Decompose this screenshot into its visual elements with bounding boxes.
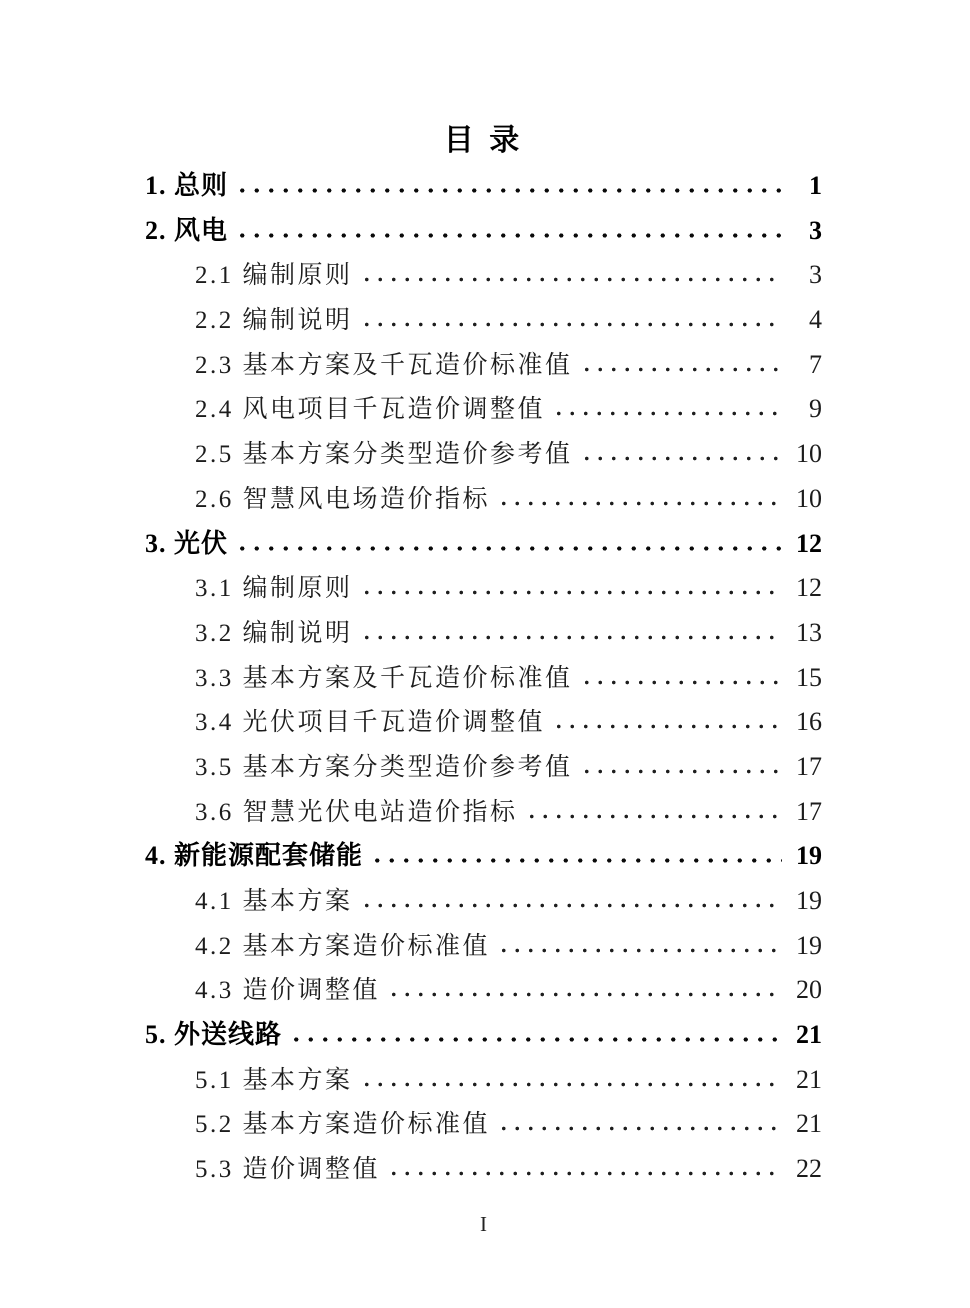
footer-page-number: I — [145, 1210, 822, 1238]
toc-leader-dots — [387, 1170, 782, 1177]
toc-leader-dots — [497, 947, 782, 954]
toc-entry: 2.6 智慧风电场造价指标 10 — [145, 477, 822, 522]
toc-entry: 3.6 智慧光伏电站造价指标 17 — [145, 790, 822, 835]
toc-entry-label: 4. 新能源配套储能 — [145, 834, 363, 879]
toc-entry-page: 19 — [788, 924, 822, 969]
toc-leader-dots — [360, 321, 782, 328]
toc-leader-dots — [387, 991, 782, 998]
toc-list: 1. 总则 1 2. 风电 3 2.1 编制原则 3 2.2 编制说明 4 2.… — [145, 164, 822, 1192]
toc-entry-label: 3.2 编制说明 — [195, 612, 353, 657]
toc-entry-page: 17 — [788, 745, 822, 790]
toc-leader-dots — [370, 857, 782, 864]
toc-entry-label: 3.6 智慧光伏电站造价指标 — [195, 791, 518, 836]
toc-entry: 5. 外送线路 21 — [145, 1013, 822, 1058]
document-page: 目 录 1. 总则 1 2. 风电 3 2.1 编制原则 3 2.2 编制说明 … — [0, 0, 970, 1308]
toc-entry-label: 5.2 基本方案造价标准值 — [195, 1103, 490, 1148]
toc-entry-label: 5.1 基本方案 — [195, 1059, 353, 1104]
toc-entry-page: 19 — [788, 879, 822, 924]
toc-entry-label: 1. 总则 — [145, 164, 228, 209]
toc-entry-label: 2.6 智慧风电场造价指标 — [195, 478, 490, 523]
toc-leader-dots — [360, 634, 782, 641]
toc-entry-page: 21 — [788, 1058, 822, 1103]
toc-entry: 2.3 基本方案及千瓦造价标准值 7 — [145, 343, 822, 388]
toc-entry-page: 20 — [788, 968, 822, 1013]
toc-entry-page: 21 — [788, 1102, 822, 1147]
toc-leader-dots — [580, 679, 782, 686]
toc-entry: 5.1 基本方案 21 — [145, 1058, 822, 1103]
toc-entry-label: 5.3 造价调整值 — [195, 1148, 380, 1193]
toc-leader-dots — [235, 232, 782, 239]
toc-entry-page: 13 — [788, 611, 822, 656]
toc-entry: 3.1 编制原则 12 — [145, 566, 822, 611]
toc-leader-dots — [552, 410, 782, 417]
toc-entry-label: 2. 风电 — [145, 209, 228, 254]
toc-entry-page: 10 — [788, 477, 822, 522]
toc-entry-label: 3.1 编制原则 — [195, 567, 353, 612]
toc-entry-page: 12 — [788, 522, 822, 567]
toc-entry-label: 4.3 造价调整值 — [195, 969, 380, 1014]
toc-entry-page: 19 — [788, 834, 822, 879]
toc-entry: 2. 风电 3 — [145, 209, 822, 254]
toc-entry: 3.2 编制说明 13 — [145, 611, 822, 656]
toc-entry-label: 2.5 基本方案分类型造价参考值 — [195, 433, 573, 478]
toc-entry-page: 4 — [788, 298, 822, 343]
toc-entry-page: 15 — [788, 656, 822, 701]
toc-entry-label: 3.5 基本方案分类型造价参考值 — [195, 746, 573, 791]
toc-entry: 2.1 编制原则 3 — [145, 253, 822, 298]
toc-entry-label: 4.2 基本方案造价标准值 — [195, 925, 490, 970]
toc-leader-dots — [360, 589, 782, 596]
toc-leader-dots — [525, 813, 782, 820]
toc-leader-dots — [580, 768, 782, 775]
toc-entry: 4.2 基本方案造价标准值 19 — [145, 924, 822, 969]
toc-entry-page: 7 — [788, 343, 822, 388]
toc-entry-label: 3.3 基本方案及千瓦造价标准值 — [195, 657, 573, 702]
toc-content: 目 录 1. 总则 1 2. 风电 3 2.1 编制原则 3 2.2 编制说明 … — [0, 0, 970, 1238]
toc-leader-dots — [235, 545, 782, 552]
toc-entry: 3.4 光伏项目千瓦造价调整值 16 — [145, 700, 822, 745]
toc-leader-dots — [580, 455, 782, 462]
toc-entry: 3.5 基本方案分类型造价参考值 17 — [145, 745, 822, 790]
toc-entry: 2.4 风电项目千瓦造价调整值 9 — [145, 387, 822, 432]
toc-leader-dots — [360, 1081, 782, 1088]
toc-entry-page: 12 — [788, 566, 822, 611]
toc-leader-dots — [235, 187, 782, 194]
toc-entry-label: 5. 外送线路 — [145, 1013, 282, 1058]
toc-entry-page: 22 — [788, 1147, 822, 1192]
toc-entry: 3.3 基本方案及千瓦造价标准值 15 — [145, 656, 822, 701]
toc-leader-dots — [552, 723, 782, 730]
toc-entry-page: 21 — [788, 1013, 822, 1058]
toc-entry: 4.1 基本方案 19 — [145, 879, 822, 924]
toc-leader-dots — [360, 276, 782, 283]
toc-entry: 5.3 造价调整值 22 — [145, 1147, 822, 1192]
toc-entry-page: 9 — [788, 387, 822, 432]
toc-leader-dots — [289, 1036, 782, 1043]
toc-entry-label: 2.1 编制原则 — [195, 254, 353, 299]
toc-entry: 5.2 基本方案造价标准值 21 — [145, 1102, 822, 1147]
toc-entry: 4. 新能源配套储能 19 — [145, 834, 822, 879]
toc-entry-page: 17 — [788, 790, 822, 835]
toc-entry-label: 2.4 风电项目千瓦造价调整值 — [195, 388, 545, 433]
toc-entry: 4.3 造价调整值 20 — [145, 968, 822, 1013]
toc-entry-page: 3 — [788, 209, 822, 254]
toc-leader-dots — [580, 366, 782, 373]
toc-entry: 2.2 编制说明 4 — [145, 298, 822, 343]
toc-leader-dots — [497, 1125, 782, 1132]
toc-entry-label: 3. 光伏 — [145, 522, 228, 567]
toc-leader-dots — [360, 902, 782, 909]
toc-leader-dots — [497, 500, 782, 507]
page-title: 目 录 — [145, 118, 822, 163]
toc-entry-page: 10 — [788, 432, 822, 477]
toc-entry-label: 4.1 基本方案 — [195, 880, 353, 925]
toc-entry: 2.5 基本方案分类型造价参考值 10 — [145, 432, 822, 477]
toc-entry-page: 1 — [788, 164, 822, 209]
toc-entry-label: 2.2 编制说明 — [195, 299, 353, 344]
toc-entry-page: 16 — [788, 700, 822, 745]
toc-entry-label: 2.3 基本方案及千瓦造价标准值 — [195, 344, 573, 389]
toc-entry: 1. 总则 1 — [145, 164, 822, 209]
toc-entry-page: 3 — [788, 253, 822, 298]
toc-entry: 3. 光伏 12 — [145, 522, 822, 567]
toc-entry-label: 3.4 光伏项目千瓦造价调整值 — [195, 701, 545, 746]
